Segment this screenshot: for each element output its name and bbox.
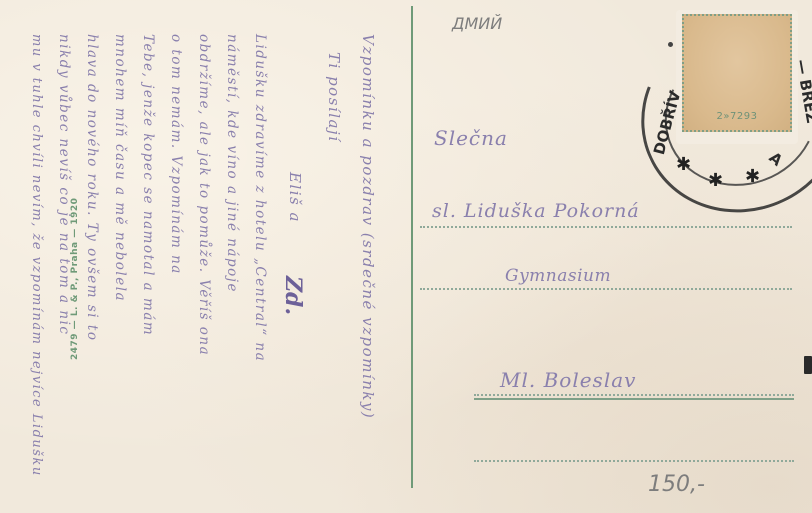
message-line: obdržíme, ale jak to pomůže. Věříš ona [196, 34, 212, 356]
message-line: Ti posílají [325, 52, 343, 142]
message-line: mnohem míň času a mě nebolela [112, 34, 128, 302]
message-line: Tebe, jenže kopec se namotal a mám [140, 34, 156, 336]
message-line: hlava do nového roku. Ty ovšem si to [84, 34, 100, 341]
message-line: Lidušku zdravíme z hotelu „Central“ na [252, 34, 268, 362]
postcard-back: Vzpomínku a pozdrav (srdečné vzpomínky) … [0, 0, 812, 513]
center-divider [411, 6, 413, 488]
ink-speck [668, 42, 673, 47]
message-line: Eliš a [286, 172, 304, 223]
address-line-1 [420, 226, 792, 228]
address-line-3 [474, 394, 794, 396]
address-salutation: Slečna [434, 126, 508, 150]
edge-mark [804, 356, 812, 374]
message-line: náměstí, kde víno a jiné nápoje [224, 34, 240, 293]
address-line-4 [474, 460, 794, 462]
pencil-price: 150,- [648, 472, 705, 497]
address-name: sl. Liduška Pokorná [432, 200, 640, 222]
address-line-2 [420, 288, 792, 290]
publisher-imprint: 2479 — L. & P., Praha — 1920 [70, 198, 80, 360]
postmark-star-icon: ✱ [708, 170, 723, 191]
message-line: Vzpomínku a pozdrav (srdečné vzpomínky) [359, 34, 377, 419]
postmark-star-icon: ✱ [676, 154, 691, 175]
signature: Zd. [280, 276, 306, 315]
message-line: mu v tuhle chvíli nevím, že vzpomínám ne… [29, 34, 44, 477]
postmark-star-icon: ✱ [745, 166, 760, 187]
address-institution: Gymnasium [505, 266, 611, 286]
pencil-note: ДМИЙ [452, 14, 502, 33]
address-city: Ml. Boleslav [500, 368, 636, 392]
message-line: o tom nemám. Vzpomínám na [168, 34, 184, 275]
